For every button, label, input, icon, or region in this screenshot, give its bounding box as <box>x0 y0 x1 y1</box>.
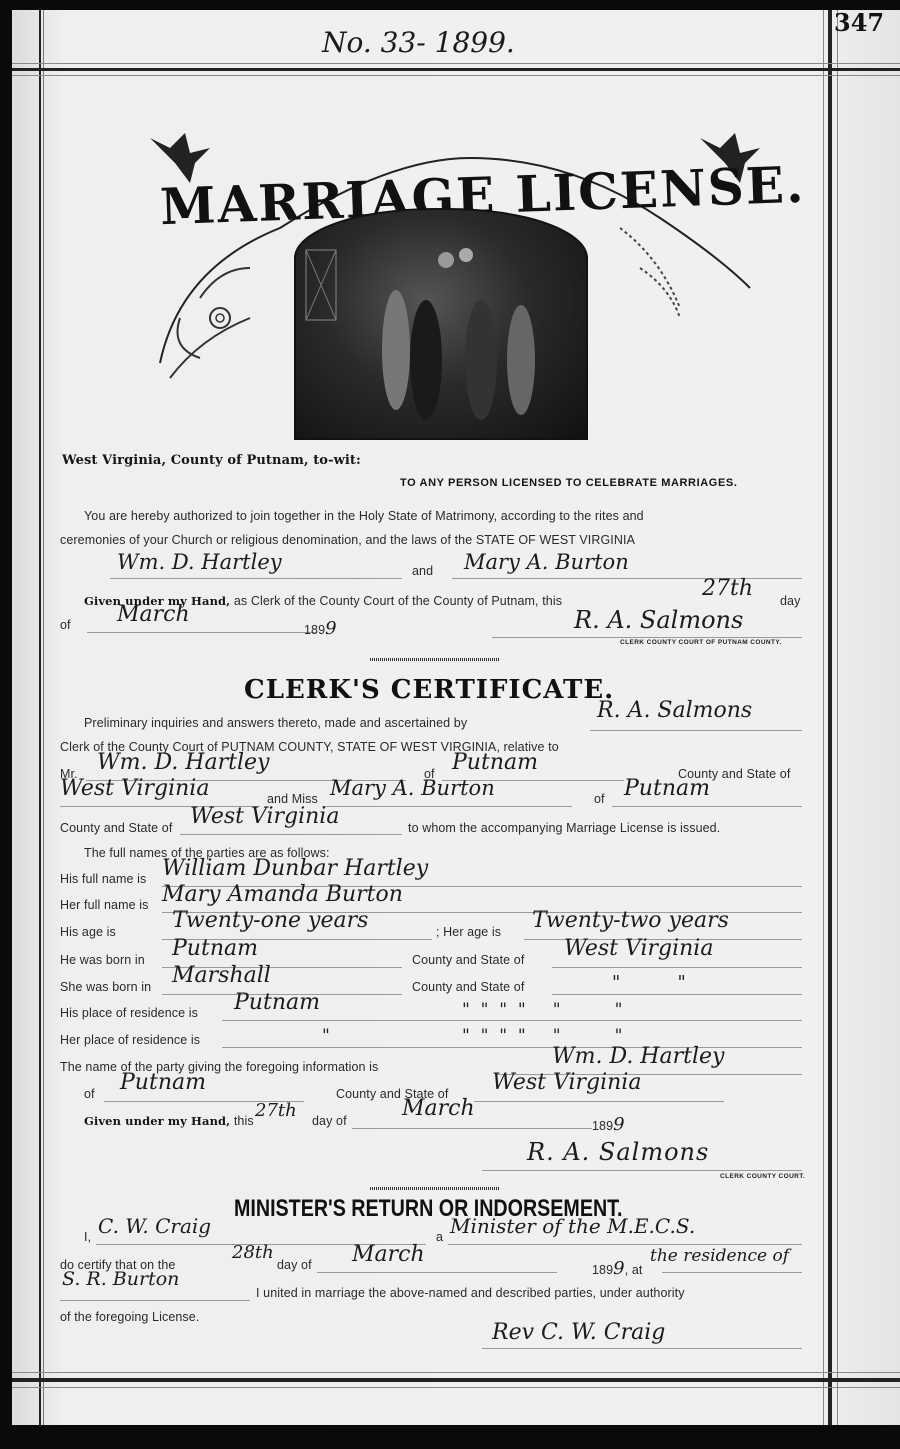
his-residence-ditto: " " " " " " <box>462 1000 622 1020</box>
given-text: as Clerk of the County Court of the Coun… <box>234 594 562 608</box>
at-label: , at <box>625 1263 643 1277</box>
license-body-line-1: You are hereby authorized to join togeth… <box>84 509 644 523</box>
clerk-signature-line <box>492 637 802 638</box>
her-full-name: Mary Amanda Burton <box>162 882 403 907</box>
her-residence: " <box>322 1026 330 1046</box>
addressee-heading: TO ANY PERSON LICENSED TO CELEBRATE MARR… <box>400 477 737 489</box>
cert-signature-line <box>482 1170 802 1171</box>
left-border-line <box>39 10 41 1425</box>
cert-given-line: Given under my Hand, this <box>84 1114 254 1128</box>
his-age-label: His age is <box>60 925 116 939</box>
miss-county: Putnam <box>624 776 710 801</box>
clerk-signature: R. A. Salmons <box>574 606 743 634</box>
marriage-month-line <box>317 1272 557 1273</box>
clerk-caption: CLERK COUNTY COURT OF PUTNAM COUNTY. <box>620 639 782 646</box>
her-full-name-label: Her full name is <box>60 898 148 912</box>
cert-given-year: 1899 <box>592 1114 625 1135</box>
license-body-line-2: ceremonies of your Church or religious d… <box>60 533 635 547</box>
cert-given-this: this <box>234 1114 254 1128</box>
page-number: 347 <box>834 8 884 37</box>
her-age: Twenty-two years <box>532 908 729 933</box>
cert-given-label: Given under my Hand, <box>84 1114 230 1128</box>
inquiries-label: Preliminary inquiries and answers theret… <box>84 716 467 730</box>
informant-name: Wm. D. Hartley <box>552 1044 724 1069</box>
informant-label: The name of the party giving the foregoi… <box>60 1060 378 1074</box>
she-born-state: " " <box>612 972 686 993</box>
cert-day-of-label: day of <box>312 1114 347 1128</box>
license-month: March <box>117 602 190 627</box>
issued-text: to whom the accompanying Marriage Licens… <box>408 821 720 835</box>
mr-state: West Virginia <box>60 776 209 801</box>
marriage-day: 28th <box>232 1242 274 1263</box>
minister-title: Minister of the M.E.C.S. <box>450 1214 695 1238</box>
right-border-thin-line <box>823 10 824 1425</box>
cert-clerk-signature: R. A. Salmons <box>527 1138 709 1166</box>
his-residence-label: His place of residence is <box>60 1006 198 1020</box>
day-label: day <box>780 594 800 608</box>
inquiries-line <box>590 730 802 731</box>
year-prefix: 189 <box>304 623 325 637</box>
he-born-label: He was born in <box>60 953 145 967</box>
minister-signature: Rev C. W. Craig <box>492 1320 665 1345</box>
bottom-rule-thin <box>12 1372 900 1373</box>
inquiries-clerk: R. A. Salmons <box>597 698 752 723</box>
right-border-line <box>828 10 832 1425</box>
residence-of: S. R. Burton <box>62 1268 179 1290</box>
her-age-label: ; Her age is <box>436 925 501 939</box>
mr-name: Wm. D. Hartley <box>97 750 269 775</box>
cert-year-digit: 9 <box>613 1114 625 1135</box>
a-label: a <box>436 1230 443 1244</box>
his-age: Twenty-one years <box>172 908 368 933</box>
minister-title-line <box>448 1244 802 1245</box>
and-label: and <box>412 564 433 578</box>
he-born-state: West Virginia <box>564 936 713 961</box>
marriage-year: 1899, at <box>592 1258 643 1279</box>
she-born-state-label: County and State of <box>412 980 524 994</box>
cert-year-prefix: 189 <box>592 1119 613 1133</box>
section-separator <box>370 658 500 661</box>
day-of-label: day of <box>277 1258 312 1272</box>
groom-line <box>110 578 402 579</box>
marriage-place: the residence of <box>650 1246 789 1266</box>
cert-given-month: March <box>402 1096 475 1121</box>
clerk-certificate-title: CLERK'S CERTIFICATE. <box>244 675 614 705</box>
bottom-rule <box>12 1378 900 1382</box>
section-separator-2 <box>370 1187 500 1190</box>
top-rule <box>12 68 900 71</box>
license-year: 1899 <box>304 618 337 639</box>
bottom-rule-thin-2 <box>12 1387 900 1388</box>
record-number: No. 33- 1899. <box>322 26 515 59</box>
cert-month-line <box>352 1128 592 1129</box>
license-day: 27th <box>702 576 753 601</box>
month-line <box>87 632 317 633</box>
marriage-month: March <box>352 1242 425 1267</box>
mr-county: Putnam <box>452 750 538 775</box>
left-border-thin-line <box>43 10 44 1425</box>
residence-of-line <box>60 1300 250 1301</box>
right-border-thin-line-2 <box>837 10 838 1425</box>
he-born-state-label: County and State of <box>412 953 524 967</box>
miss-state-line <box>180 834 402 835</box>
bride-name: Mary A. Burton <box>464 550 629 574</box>
his-residence: Putnam <box>234 990 320 1015</box>
year-digit: 9 <box>325 618 337 639</box>
cert-given-day: 27th <box>255 1100 297 1121</box>
minister-signature-line <box>482 1348 802 1349</box>
miss-county-line <box>612 806 802 807</box>
united-text: I united in marriage the above-named and… <box>256 1286 685 1300</box>
license-text: of the foregoing License. <box>60 1310 199 1324</box>
her-residence-label: Her place of residence is <box>60 1033 200 1047</box>
informant-state: West Virginia <box>492 1070 641 1095</box>
cert-clerk-caption: CLERK COUNTY COURT. <box>720 1173 805 1180</box>
she-born-label: She was born in <box>60 980 151 994</box>
marriage-year-digit: 9 <box>613 1258 625 1279</box>
top-rule-thin-2 <box>12 75 900 76</box>
jurisdiction-heading: West Virginia, County of Putnam, to-wit: <box>62 453 361 468</box>
his-full-name-label: His full name is <box>60 872 146 886</box>
miss-of-label: of <box>594 792 605 806</box>
groom-name: Wm. D. Hartley <box>117 550 282 574</box>
marriage-year-prefix: 189 <box>592 1263 613 1277</box>
miss-line <box>322 806 572 807</box>
top-rule-thin <box>12 63 900 64</box>
license-page: No. 33- 1899. 347 MARRIAGE LICENSE. West… <box>12 10 900 1425</box>
she-born-state-line <box>552 994 802 995</box>
she-born-county: Marshall <box>172 963 271 988</box>
informant-of-label: of <box>84 1087 95 1101</box>
place-line <box>662 1272 802 1273</box>
of-label: of <box>60 618 71 632</box>
his-residence-line <box>222 1020 802 1021</box>
he-born-state-line <box>552 967 802 968</box>
miss-state: West Virginia <box>190 804 339 829</box>
informant-county: Putnam <box>120 1070 206 1095</box>
i-label: I, <box>84 1230 91 1244</box>
he-born-county: Putnam <box>172 936 258 961</box>
wedding-scene-engraving <box>294 208 588 440</box>
minister-name: C. W. Craig <box>98 1214 211 1238</box>
miss-name: Mary A. Burton <box>330 776 495 800</box>
informant-state-line <box>474 1101 724 1102</box>
her-residence-ditto: " " " " " " <box>462 1026 622 1046</box>
county-state-label-2: County and State of <box>60 821 172 835</box>
his-full-name: William Dunbar Hartley <box>162 856 428 881</box>
